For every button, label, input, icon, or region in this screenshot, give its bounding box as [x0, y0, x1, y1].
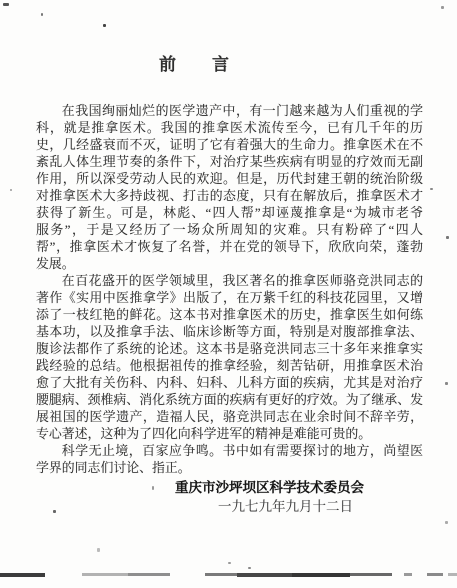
preface-line: 腰腿病、颈椎病、消化系统方面的疾病有更好的疗效。为了继承、发 — [36, 392, 423, 409]
preface-line: 在百花盛开的医学领域里，我区著名的推拿医师骆竞洪同志的 — [36, 273, 423, 290]
scan-line-segment — [292, 573, 350, 577]
scan-speck — [53, 510, 56, 513]
scan-speck — [248, 567, 251, 569]
scan-line-segment — [448, 573, 457, 576]
scan-speck — [445, 521, 448, 524]
preface-line: 专心著述，这种为了四化向科学进军的精神是难能可贵的。 — [36, 426, 423, 443]
signature-line: 重庆市沙坪坝区科学技术委员会 — [175, 480, 364, 495]
scan-line-segment — [237, 573, 292, 577]
scan-line-segment — [82, 573, 128, 576]
page-title: 前言 — [159, 55, 229, 75]
scan-speck — [152, 486, 154, 490]
preface-line: 著作《实用中医推拿学》出版了，在万紫千红的科技花园里，又增 — [36, 290, 423, 307]
preface-page: 前言 在我国绚丽灿烂的医学遗产中，有一门越来越为人们重视的学科，就是推拿医术。我… — [0, 0, 457, 588]
preface-line: 添了一枝红艳的鲜花。这本书对推拿医术的历史，推拿医生如何练 — [36, 307, 423, 324]
preface-line: 基本功，以及推拿手法、临床诊断等方面，特别是对腹部推拿法、 — [36, 324, 423, 341]
preface-line: 帮”，推拿医术才恢复了名誉，并在党的领导下，欣欣向荣，蓬勃 — [36, 239, 423, 256]
preface-line: 展祖国的医学遗产，造福人民，骆竞洪同志在业余时间不辞辛劳， — [36, 409, 423, 426]
preface-line: 在我国绚丽灿烂的医学遗产中，有一门越来越为人们重视的学 — [36, 103, 423, 120]
preface-line: 学界的同志们讨论、指正。 — [36, 460, 423, 477]
scan-line-segment — [205, 573, 237, 576]
title-char-yan: 言 — [212, 55, 229, 74]
scan-speck — [10, 189, 12, 191]
scan-line-segment — [128, 573, 170, 576]
scan-speck — [430, 188, 433, 190]
preface-line: 科，就是推拿医术。我国的推拿医术流传至今，已有几千年的历 — [36, 120, 423, 137]
preface-line: 腹诊法都作了系统的论述。这本书是骆竞洪同志三十多年来推拿实 — [36, 341, 423, 358]
preface-line: 科学无止境，百家应争鸣。书中如有需要探讨的地方，尚望医 — [36, 443, 423, 460]
title-char-qian: 前 — [159, 55, 176, 74]
preface-line: 发展。 — [36, 256, 423, 273]
scan-speck — [441, 6, 444, 9]
scan-line-segment — [427, 573, 443, 576]
scan-speck — [41, 13, 43, 16]
preface-line: 紊乱人体生理节奏的条件下，对治疗某些疾病有明显的疗效而无副 — [36, 154, 423, 171]
preface-line: 对推拿医术大多持歧视、打击的态度，只有在解放后，推拿医术才 — [36, 188, 423, 205]
scan-line-segment — [350, 573, 392, 576]
scan-speck — [228, 562, 231, 564]
scan-speck — [103, 24, 106, 27]
scan-speck — [445, 382, 448, 385]
preface-line: 获得了新生。可是，林彪、“四人帮”却诬蔑推拿是“为城市老爷 — [36, 205, 423, 222]
preface-line: 践经验的总结。他根据祖传的推拿经验，刻苦钻研，用推拿医术治 — [36, 358, 423, 375]
preface-line: 作用，所以深受劳动人民的欢迎。但是，历代封建王朝的统治阶级 — [36, 171, 423, 188]
preface-line: 愈了大批有关伤科、内科、妇科、儿科方面的疾病，尤其是对治疗 — [36, 375, 423, 392]
preface-body: 在我国绚丽灿烂的医学遗产中，有一门越来越为人们重视的学科，就是推拿医术。我国的推… — [36, 103, 423, 477]
scan-line-segment — [0, 573, 45, 577]
scan-speck — [446, 236, 449, 239]
scan-speck — [97, 548, 100, 552]
scan-speck — [3, 3, 9, 6]
date-line: 一九七九年九月十二日 — [218, 499, 353, 514]
preface-line: 服务”，于是又经历了一场众所周知的灾难。只有粉碎了“四人 — [36, 222, 423, 239]
preface-line: 史，几经盛衰而不灭，证明了它有着强大的生命力。推拿医术在不 — [36, 137, 423, 154]
scan-line-segment — [404, 573, 412, 576]
